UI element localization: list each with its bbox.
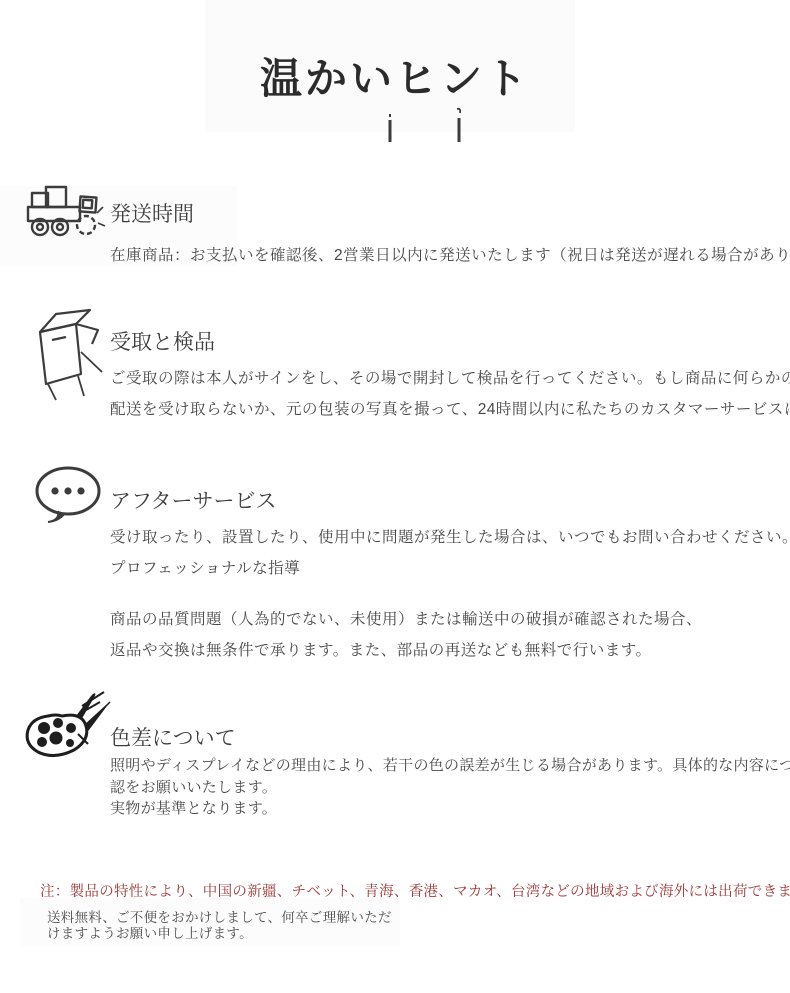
open-box-icon	[26, 302, 108, 402]
color-difference-text-line: 実物が基準となります。	[110, 797, 277, 818]
color-difference-text-line: 認をお願いいたします。	[110, 776, 277, 797]
sparkle-mark-icon	[452, 106, 466, 144]
paint-palette-icon	[20, 690, 120, 762]
sparkle-mark-icon	[384, 110, 396, 144]
warm-hints-page: 温かいヒント	[0, 0, 790, 993]
chat-bubble-icon	[32, 464, 108, 526]
after-service-text-line: プロフェッショナルな指導	[110, 556, 300, 578]
delivery-truck-icon	[24, 183, 108, 241]
after-service-text-line: 返品や交換は無条件で承ります。また、部品の再送なども無料で行います。	[110, 638, 652, 660]
section-heading-after-service: アフターサービス	[110, 485, 277, 515]
receipt-text-line: 配送を受け取らないか、元の包装の写真を撮って、24時間以内に私たちのカスタマーサ…	[110, 397, 790, 419]
receipt-text-line: ご受取の際は本人がサインをし、その場で開封して検品を行ってください。もし商品に何…	[110, 366, 790, 388]
shipping-restriction-warning: 注：製品の特性により、中国の新疆、チベット、青海、香港、マカオ、台湾などの地域お…	[40, 880, 790, 901]
shipping-text-line: 在庫商品：お支払いを確認後、2営業日以内に発送いたします（祝日は発送が遅れる場合…	[110, 243, 790, 265]
section-heading-color-difference: 色差について	[110, 722, 236, 752]
page-title: 温かいヒント	[0, 46, 790, 106]
section-heading-receipt: 受取と検品	[110, 326, 215, 356]
after-service-text-line: 受け取ったり、設置したり、使用中に問題が発生した場合は、いつでもお問い合わせくだ…	[110, 525, 790, 547]
footer-note-line: けますようお願い申し上げます。	[47, 922, 253, 942]
after-service-text-line: 商品の品質問題（人為的でない、未使用）または輸送中の破損が確認された場合、	[110, 607, 702, 629]
section-heading-shipping: 発送時間	[110, 198, 194, 228]
color-difference-text-line: 照明やディスプレイなどの理由により、若干の色の誤差が生じる場合があります。具体的…	[110, 754, 790, 775]
